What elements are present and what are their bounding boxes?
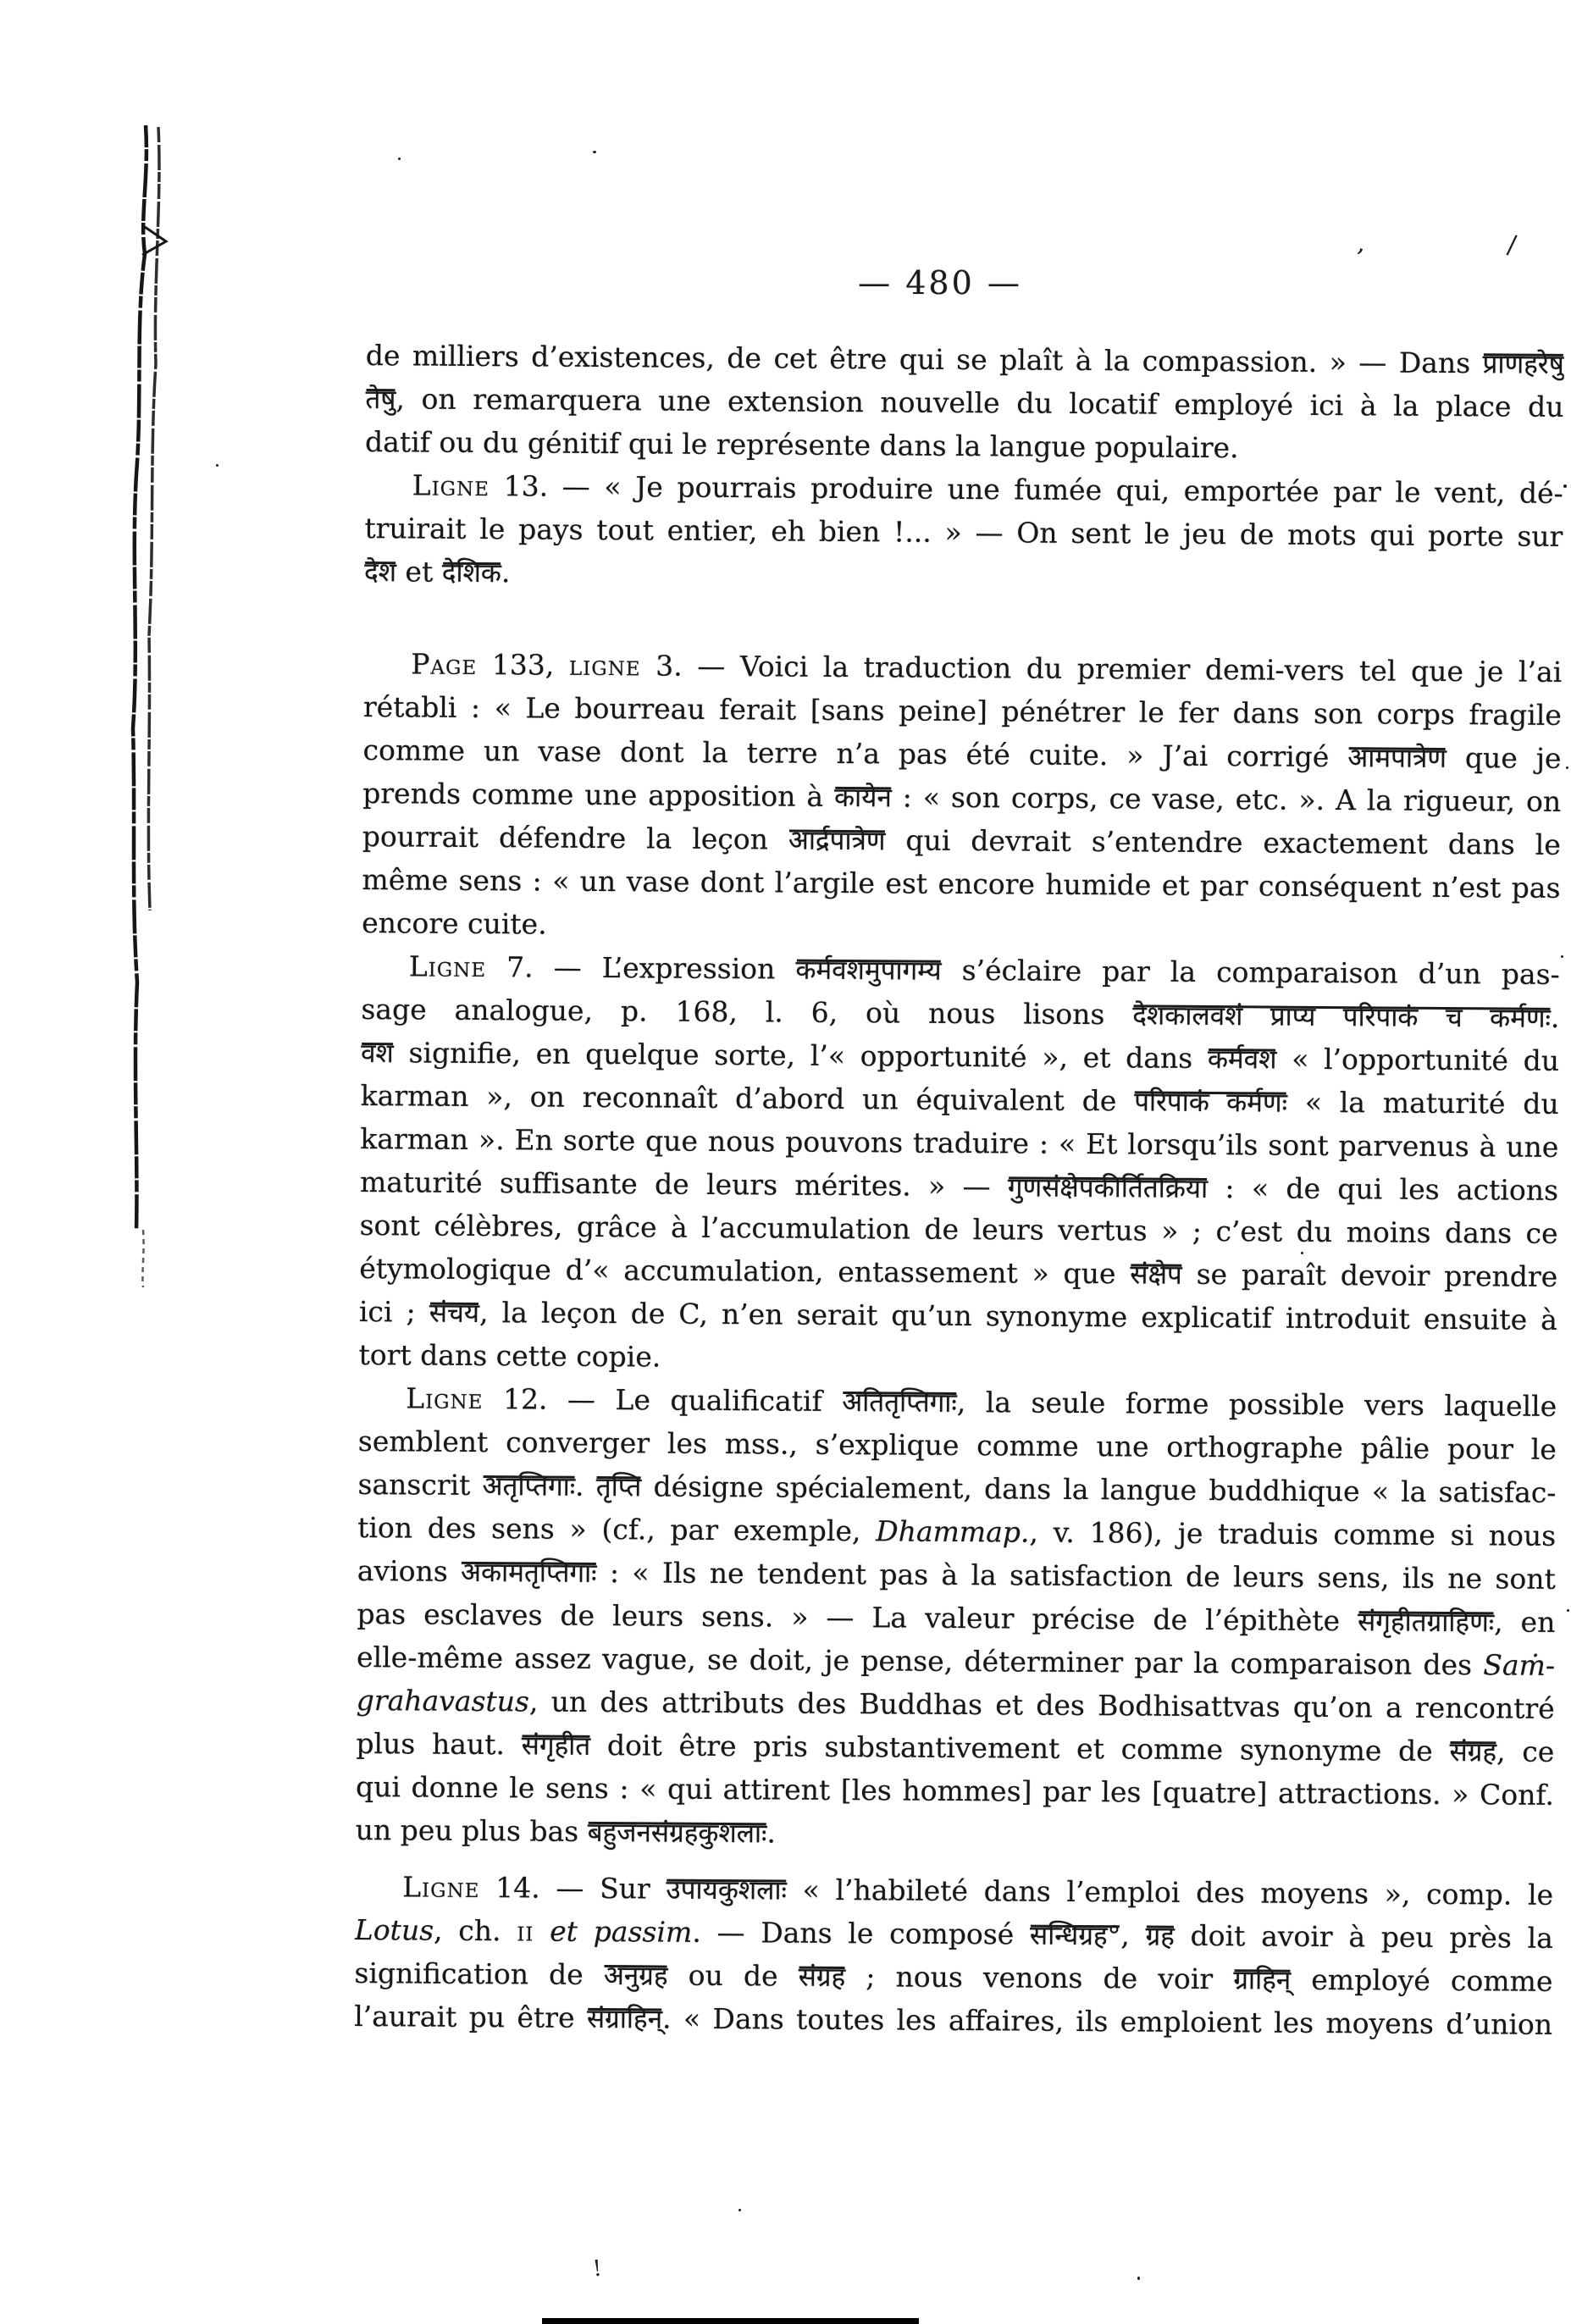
text-run: ou de [667, 1959, 798, 1993]
text-run: Dhammap. [876, 1514, 1030, 1548]
text-run: . — Dans le composé [692, 1916, 1030, 1951]
text-run: karman », on reconnaît d’abord un équiva… [361, 1079, 1135, 1117]
text-run: , en [1494, 1605, 1556, 1639]
text-run: qui donne le sens : « qui attirent [les … [356, 1770, 1554, 1812]
text-run: ligne [569, 649, 641, 683]
text-run: employé comme [1291, 1963, 1552, 1998]
text-run: pourrait défendre la leçon [362, 820, 788, 856]
text-run: , la leçon de C, n’en serait qu’un synon… [479, 1296, 1557, 1336]
text-run: , ce [1496, 1735, 1555, 1768]
text-run: qui devrait s’entendre exactement dans l… [885, 823, 1561, 861]
text-run: étymologique d’« accumulation, entasseme… [359, 1252, 1130, 1290]
text-run: maturité suffisante de leurs mérites. » … [360, 1165, 1008, 1203]
ink-speck [216, 464, 219, 467]
devanagari-word: ग्रह [1145, 1922, 1175, 1952]
text-run: truirait le pays tout entier, eh bien !.… [364, 512, 1563, 553]
para-compassion-locatif: de milliers d’existences, de cet être qu… [365, 334, 1564, 472]
devanagari-word: कायेन [834, 783, 892, 813]
bottom-scan-bar [542, 2318, 919, 2324]
devanagari-word: संगृहीत [522, 1730, 591, 1762]
text-run: , ch. [434, 1914, 517, 1948]
text-run: doit être pris substantivement et comme … [590, 1729, 1450, 1768]
text-run: 12. — Le qualificatif [483, 1382, 842, 1418]
ink-speck [398, 158, 401, 160]
text-run: : « de qui les actions [1208, 1171, 1558, 1207]
text-block: de milliers d’existences, de cet être qu… [354, 334, 1564, 2046]
devanagari-word: देशिक [442, 558, 501, 589]
text-run: l’aurait pu être [354, 2000, 587, 2034]
para-page-133-ligne-3: Page 133, ligne 3. — Voici la traduction… [362, 642, 1562, 953]
text-line: un peu plus bas बहुजनसंग्रहकुशलाः. [356, 1808, 1554, 1860]
text-run: : « son corps, ce vase, etc. ». A la rig… [892, 780, 1562, 818]
text-run: Page [411, 647, 477, 681]
text-run: et passim [550, 1915, 692, 1949]
text-run: « la maturité du [1287, 1086, 1559, 1120]
text-run: Saṁ- [1483, 1648, 1555, 1682]
devanagari-word: अतितृप्तिगाः [842, 1387, 957, 1419]
text-line: देश et देशिक. [364, 550, 1563, 601]
text-run: 13. — « Je pourrais produire une fumée q… [490, 469, 1563, 510]
text-run: tort dans cette copie. [358, 1338, 661, 1373]
text-run: sage analogue, p. 168, l. 6, où nous lis… [361, 993, 1132, 1031]
text-run: même sens : « un vase dont l’argile est … [362, 863, 1560, 905]
devanagari-word: संग्राहिन् [587, 2004, 662, 2035]
text-run: , v. 186), je traduis comme si nous [1029, 1516, 1556, 1552]
text-run: ii [517, 1914, 534, 1947]
text-line: l’aurait pu être संग्राहिन्. « Dans tout… [354, 1995, 1552, 2046]
devanagari-word: कर्मवशमुपागम्य [795, 955, 941, 987]
devanagari-word: देशकालवशं प्राप्य परिपाकं च कर्मणः [1132, 1000, 1551, 1033]
ink-speck [1567, 1609, 1569, 1612]
devanagari-word: गुणसंक्षेपकीर्तितक्रिया [1008, 1172, 1209, 1204]
text-run: encore cuite. [362, 906, 547, 941]
text-run: datif ou du génitif qui le représente da… [365, 425, 1239, 464]
para-ligne-14: Ligne 14. — Sur उपायकुशलाः « l’habileté … [354, 1865, 1553, 2046]
text-run: . [766, 1816, 776, 1849]
devanagari-word: देश [364, 557, 396, 588]
devanagari-word: संगृहीतग्राहिणः [1358, 1607, 1494, 1638]
text-run: pas esclaves de leurs sens. » — La valeu… [357, 1597, 1358, 1637]
devanagari-word: सन्धिग्रह° [1030, 1921, 1121, 1952]
scanned-book-page: — 480 — de milliers d’existences, de cet… [0, 0, 1571, 2324]
text-run: ici ; [359, 1295, 429, 1329]
devanagari-word: वश [361, 1038, 394, 1069]
text-run: . « Dans toutes les affaires, ils emploi… [662, 2002, 1552, 2041]
devanagari-word: आर्द्रपात्रेण [788, 826, 886, 857]
text-run: de milliers d’existences, de cet être qu… [366, 339, 1483, 379]
page-number: — 480 — [339, 264, 1541, 302]
text-run: , [1120, 1918, 1146, 1951]
text-run: ; nous venons de voir [845, 1960, 1233, 1995]
text-run: sanscrit [357, 1468, 482, 1502]
text-run: 3. — Voici la traduction du premier demi… [641, 649, 1563, 689]
text-run: s’éclaire par la comparaison d’un pas- [941, 954, 1559, 991]
devanagari-word: अनुग्रह [604, 1961, 668, 1992]
text-run: semblent converger les mss., s’explique … [358, 1425, 1557, 1466]
devanagari-word: अकामतृप्तिगाः [461, 1558, 597, 1589]
text-run: Ligne [412, 468, 490, 502]
devanagari-word: संग्रह [799, 1962, 846, 1993]
text-run: , la seule forme possible vers laquelle [957, 1386, 1557, 1423]
text-run: Lotus [355, 1913, 434, 1947]
text-run: tion des sens » (cf., par exemple, [357, 1511, 876, 1547]
para-ligne-7: Ligne 7. — L’expression कर्मवशमुपागम्य s… [358, 944, 1560, 1385]
devanagari-word: उपायकुशलाः [666, 1875, 787, 1906]
text-run: . [501, 556, 511, 589]
ink-speck [1561, 955, 1563, 958]
devanagari-word: संक्षेप [1130, 1259, 1182, 1290]
devanagari-word: संचय [429, 1298, 480, 1329]
text-run: que je [1447, 741, 1562, 775]
text-run: . [575, 1469, 596, 1502]
text-run: . [1551, 1001, 1560, 1034]
text-run: Ligne [409, 949, 487, 983]
binding-crease-line [0, 0, 271, 1355]
text-run: « l’opportunité du [1276, 1043, 1559, 1077]
devanagari-word: अतृप्तिगाः [482, 1471, 575, 1502]
para-ligne-12: Ligne 12. — Le qualificatif अतितृप्तिगाः… [356, 1376, 1557, 1860]
text-run: « l’habileté dans l’emploi des moyens »,… [787, 1873, 1554, 1912]
ink-speck [1563, 484, 1567, 488]
text-run: 7. — L’expression [486, 950, 796, 986]
text-run: grahavastus [357, 1684, 529, 1718]
text-run: se paraît devoir prendre [1182, 1258, 1558, 1293]
ink-speck [1301, 1252, 1303, 1254]
text-run: rétabli : « Le bourreau ferait [sans pei… [363, 690, 1562, 732]
devanagari-word: तृप्ति [596, 1472, 642, 1502]
devanagari-word: कर्मवश [1208, 1044, 1277, 1076]
text-run: , on remarquera une extension nouvelle d… [396, 382, 1563, 423]
text-run: karman ». En sorte que nous pouvons trad… [360, 1122, 1558, 1164]
devanagari-word: ग्राहिन् [1233, 1965, 1291, 1995]
text-run: 133, [477, 648, 569, 682]
text-run: et [396, 555, 442, 588]
devanagari-word: तेषु [365, 385, 396, 415]
text-run: comme un vase dont la terre n’a pas été … [362, 733, 1347, 773]
devanagari-word: संग्रह [1449, 1737, 1496, 1768]
ink-speck [593, 151, 596, 153]
devanagari-word: आमपात्रेण [1347, 743, 1447, 774]
text-run: prends comme une apposition à [362, 777, 834, 813]
devanagari-word: बहुजनसंग्रहकुशलाः [588, 1818, 767, 1849]
para-ligne-13: Ligne 13. — « Je pourrais produire une f… [364, 463, 1563, 601]
stray-exclamation-mark: ! [591, 2256, 603, 2282]
text-run: avions [357, 1554, 462, 1588]
ink-speck [1566, 766, 1568, 769]
text-run [534, 1914, 550, 1947]
text-run: : « Ils ne tendent pas à la satisfaction… [596, 1556, 1555, 1596]
text-run: un peu plus bas [356, 1813, 588, 1848]
text-run: plus haut. [356, 1727, 522, 1761]
devanagari-word: प्राणहरेषु [1482, 349, 1563, 380]
text-line: truirait le pays tout entier, eh bien !.… [364, 506, 1563, 558]
text-run: Ligne [402, 1870, 480, 1904]
devanagari-word: परिपाकं कर्मणः [1134, 1087, 1287, 1118]
stray-slash-mark: / [1506, 230, 1518, 260]
ink-speck [1137, 2277, 1140, 2280]
text-run: Ligne [406, 1381, 484, 1415]
text-run: elle-même assez vague, se doit, je pense… [357, 1641, 1484, 1681]
text-run: doit avoir à peu près la [1175, 1919, 1553, 1955]
text-run: signification de [354, 1956, 604, 1991]
ink-speck [738, 2209, 741, 2211]
text-run: , un des attributs des Buddhas et des Bo… [529, 1685, 1555, 1724]
text-run: désigne spécialement, dans la langue bud… [641, 1469, 1556, 1509]
text-run: signifie, en quelque sorte, l’« opportun… [394, 1036, 1208, 1075]
text-run: 14. — Sur [479, 1871, 666, 1906]
